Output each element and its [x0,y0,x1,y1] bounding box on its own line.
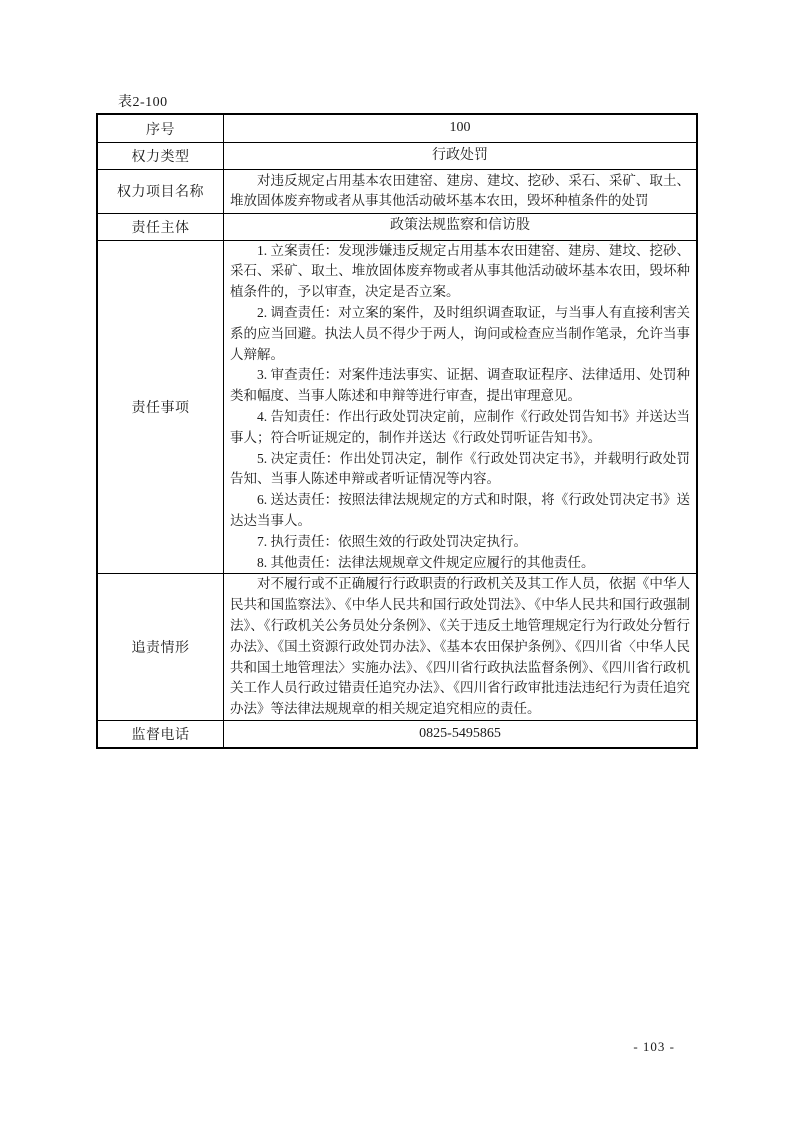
table-caption: 表2-100 [118,94,168,112]
row-value-accountability: 对不履行或不正确履行行政职责的行政机关及其工作人员，依据《中华人民共和国监察法》… [224,574,696,720]
table-row-accountability: 追责情形 对不履行或不正确履行行政职责的行政机关及其工作人员，依据《中华人民共和… [98,573,696,720]
document-page: 表2-100 序号 100 权力类型 行政处罚 权力项目名称 对违反规定占用基本… [0,0,793,1122]
row-label-responsible-body: 责任主体 [98,214,224,240]
table-row-power-type: 权力类型 行政处罚 [98,142,696,169]
row-value-supervision-phone: 0825-5495865 [224,721,696,747]
row-label-responsibility-items: 责任事项 [98,241,224,574]
row-value-responsibility-items: 1. 立案责任：发现涉嫌违反规定占用基本农田建窑、建房、建坟、挖砂、采石、采矿、… [224,241,696,574]
table-row-serial-number: 序号 100 [98,115,696,142]
duty-item-filing: 1. 立案责任：发现涉嫌违反规定占用基本农田建窑、建房、建坟、挖砂、采石、采矿、… [230,241,690,303]
responsibility-table: 序号 100 权力类型 行政处罚 权力项目名称 对违反规定占用基本农田建窑、建房… [96,113,698,749]
duty-item-decision: 5. 决定责任：作出处罚决定，制作《行政处罚决定书》，并载明行政处罚告知、当事人… [230,449,690,491]
page-number: - 103 - [633,1039,675,1055]
row-label-power-type: 权力类型 [98,143,224,169]
duty-item-execution: 7. 执行责任：依照生效的行政处罚决定执行。 [230,532,690,553]
duty-item-delivery: 6. 送达责任：按照法律法规规定的方式和时限，将《行政处罚决定书》送达达当事人。 [230,490,690,532]
table-row-responsible-body: 责任主体 政策法规监察和信访股 [98,213,696,240]
row-label-accountability: 追责情形 [98,574,224,720]
table-row-responsibility-items: 责任事项 1. 立案责任：发现涉嫌违反规定占用基本农田建窑、建房、建坟、挖砂、采… [98,240,696,574]
row-label-serial-number: 序号 [98,115,224,142]
row-label-supervision-phone: 监督电话 [98,721,224,747]
duty-item-other: 8. 其他责任：法律法规规章文件规定应履行的其他责任。 [230,553,690,574]
duty-item-notification: 4. 告知责任：作出行政处罚决定前，应制作《行政处罚告知书》并送达当事人；符合听… [230,407,690,449]
accountability-text: 对不履行或不正确履行行政职责的行政机关及其工作人员，依据《中华人民共和国监察法》… [230,574,690,720]
row-value-responsible-body: 政策法规监察和信访股 [224,214,696,240]
duty-item-investigation: 2. 调查责任：对立案的案件，及时组织调查取证，与当事人有直接利害关系的应当回避… [230,303,690,365]
row-label-power-item-name: 权力项目名称 [98,170,224,213]
row-value-serial-number: 100 [224,115,696,142]
row-value-power-item-name: 对违反规定占用基本农田建窑、建房、建坟、挖砂、采石、采矿、取土、堆放固体废弃物或… [224,170,696,213]
table-row-supervision-phone: 监督电话 0825-5495865 [98,720,696,747]
row-value-power-type: 行政处罚 [224,143,696,169]
duty-item-review: 3. 审查责任：对案件违法事实、证据、调查取证程序、法律适用、处罚种类和幅度、当… [230,365,690,407]
power-item-name-text: 对违反规定占用基本农田建窑、建房、建坟、挖砂、采石、采矿、取土、堆放固体废弃物或… [230,171,690,213]
table-row-power-item-name: 权力项目名称 对违反规定占用基本农田建窑、建房、建坟、挖砂、采石、采矿、取土、堆… [98,169,696,213]
